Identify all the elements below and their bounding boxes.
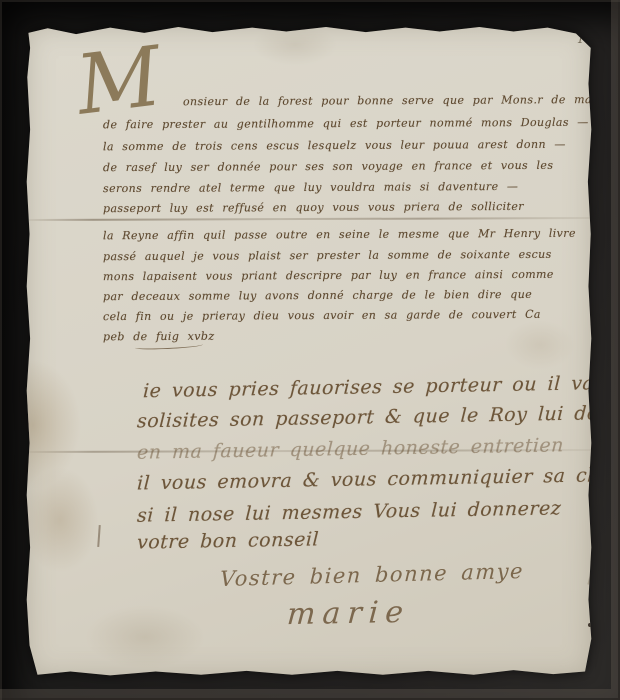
closing-line: Vostre bien bonne amye (220, 561, 525, 590)
manuscript-line: de rasef luy ser donnée pour ses son voy… (103, 160, 553, 173)
manuscript-line: cela fin ou je prieray dieu vous avoir e… (103, 309, 541, 322)
underline-flourish (135, 342, 203, 350)
manuscript-line: onsieur de la forest pour bonne serve qu… (183, 94, 620, 107)
manuscript-line: la Reyne affin quil passe outre en seine… (103, 228, 576, 241)
manuscript-line: de faire prester au gentilhomme qui est … (103, 117, 589, 131)
autograph-line: ie vous pries fauorises se porteur ou il… (143, 374, 620, 401)
pen-stroke-mark (97, 525, 101, 547)
autograph-line: si il nose lui mesmes Vous lui donnerez (137, 499, 562, 525)
manuscript-page: 1 M onsieur de la forest pour bonne serv… (25, 25, 593, 678)
manuscript-line: passeport luy est reffusé en quoy vous v… (103, 201, 524, 214)
manuscript-line: passé auquel je vous plaist ser prester … (103, 249, 552, 262)
manuscript-line: la somme de trois cens escus lesquelz vo… (103, 139, 566, 152)
signature: marie (286, 598, 411, 630)
manuscript-line: serons rendre atel terme que luy vouldra… (103, 181, 518, 194)
autograph-line: en ma faueur quelque honeste entretien (137, 436, 565, 462)
autograph-line: votre bon conseil (137, 530, 320, 552)
manuscript-line: par deceaux somme luy avons donné charge… (103, 289, 532, 302)
manuscript-paper-wrap: 1 M onsieur de la forest pour bonne serv… (25, 25, 593, 678)
manuscript-line: peb de fuig xvbz (103, 331, 215, 343)
picture-frame: 1 M onsieur de la forest pour bonne serv… (0, 0, 620, 700)
manuscript-line: mons lapaisent vous priant descripre par… (103, 269, 554, 282)
illuminated-initial: M (72, 36, 165, 128)
autograph-line: il vous emovra & vous communiquier sa ch… (137, 466, 620, 494)
autograph-line: solisites son passeport & que le Roy lui… (137, 404, 620, 432)
fold-crease-upper (25, 217, 593, 221)
page-number: 1 (577, 33, 584, 46)
scratch-mark (587, 555, 596, 585)
ink-spot (588, 623, 592, 627)
